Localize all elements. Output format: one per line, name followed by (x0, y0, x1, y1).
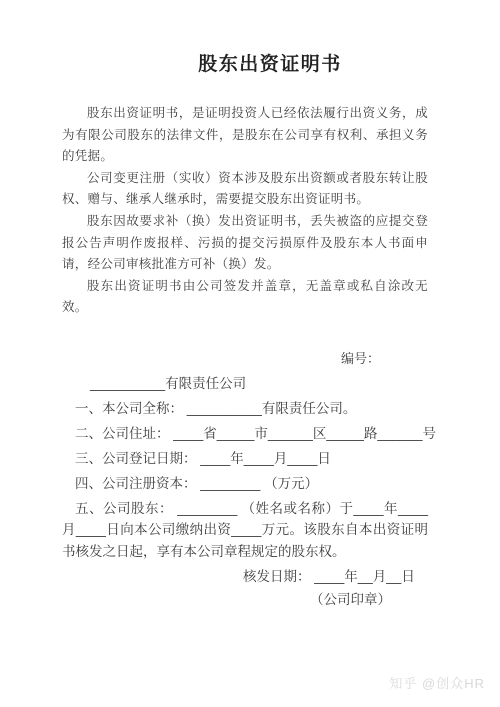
form-item-shareholder: 五、公司股东： ________ （姓名或名称）于____年____月____日… (62, 498, 428, 563)
issue-date-line: 核发日期： ____年__月__日 (62, 565, 428, 588)
form-item-registered-capital: 四、公司注册资本： ________ （万元） (62, 471, 428, 496)
form-item-company-full-name: 一、本公司全称： __________有限责任公司。 (62, 396, 428, 421)
form-item-registration-date: 三、公司登记日期： ____年____月____日 (62, 446, 428, 471)
intro-paragraph-definition: 股东出资证明书，是证明投资人已经依法履行出资义务，成为有限公司股东的法律文件，是… (62, 103, 428, 168)
document-page: 股东出资证明书 股东出资证明书，是证明投资人已经依法履行出资义务，成为有限公司股… (0, 0, 500, 707)
watermark-zhihu: 知乎 @创众HR (389, 673, 485, 692)
company-name-blank-line: __________有限责任公司 (62, 371, 428, 396)
intro-section: 股东出资证明书，是证明投资人已经依法履行出资义务，成为有限公司股东的法律文件，是… (62, 103, 428, 319)
intro-paragraph-seal-validity: 股东出资证明书由公司签发并盖章，无盖章或私自涂改无效。 (62, 276, 428, 319)
intro-paragraph-when-required: 公司变更注册（实收）资本涉及股东出资额或者股东转让股权、赠与、继承人继承时，需要… (62, 168, 428, 211)
document-title: 股东出资证明书 (20, 0, 500, 77)
serial-number-label: 编号： (62, 346, 428, 371)
company-seal-line: （公司印章） (62, 588, 428, 611)
intro-paragraph-reissue-rules: 股东因故要求补（换）发出资证明书，丢失被盗的应提交登报公告声明作废报样、污损的提… (62, 211, 428, 276)
document-body: 股东出资证明书，是证明投资人已经依法履行出资义务，成为有限公司股东的法律文件，是… (0, 103, 500, 611)
form-item-company-address: 二、公司住址： ____省_____市______区_____路______号 (62, 421, 428, 446)
